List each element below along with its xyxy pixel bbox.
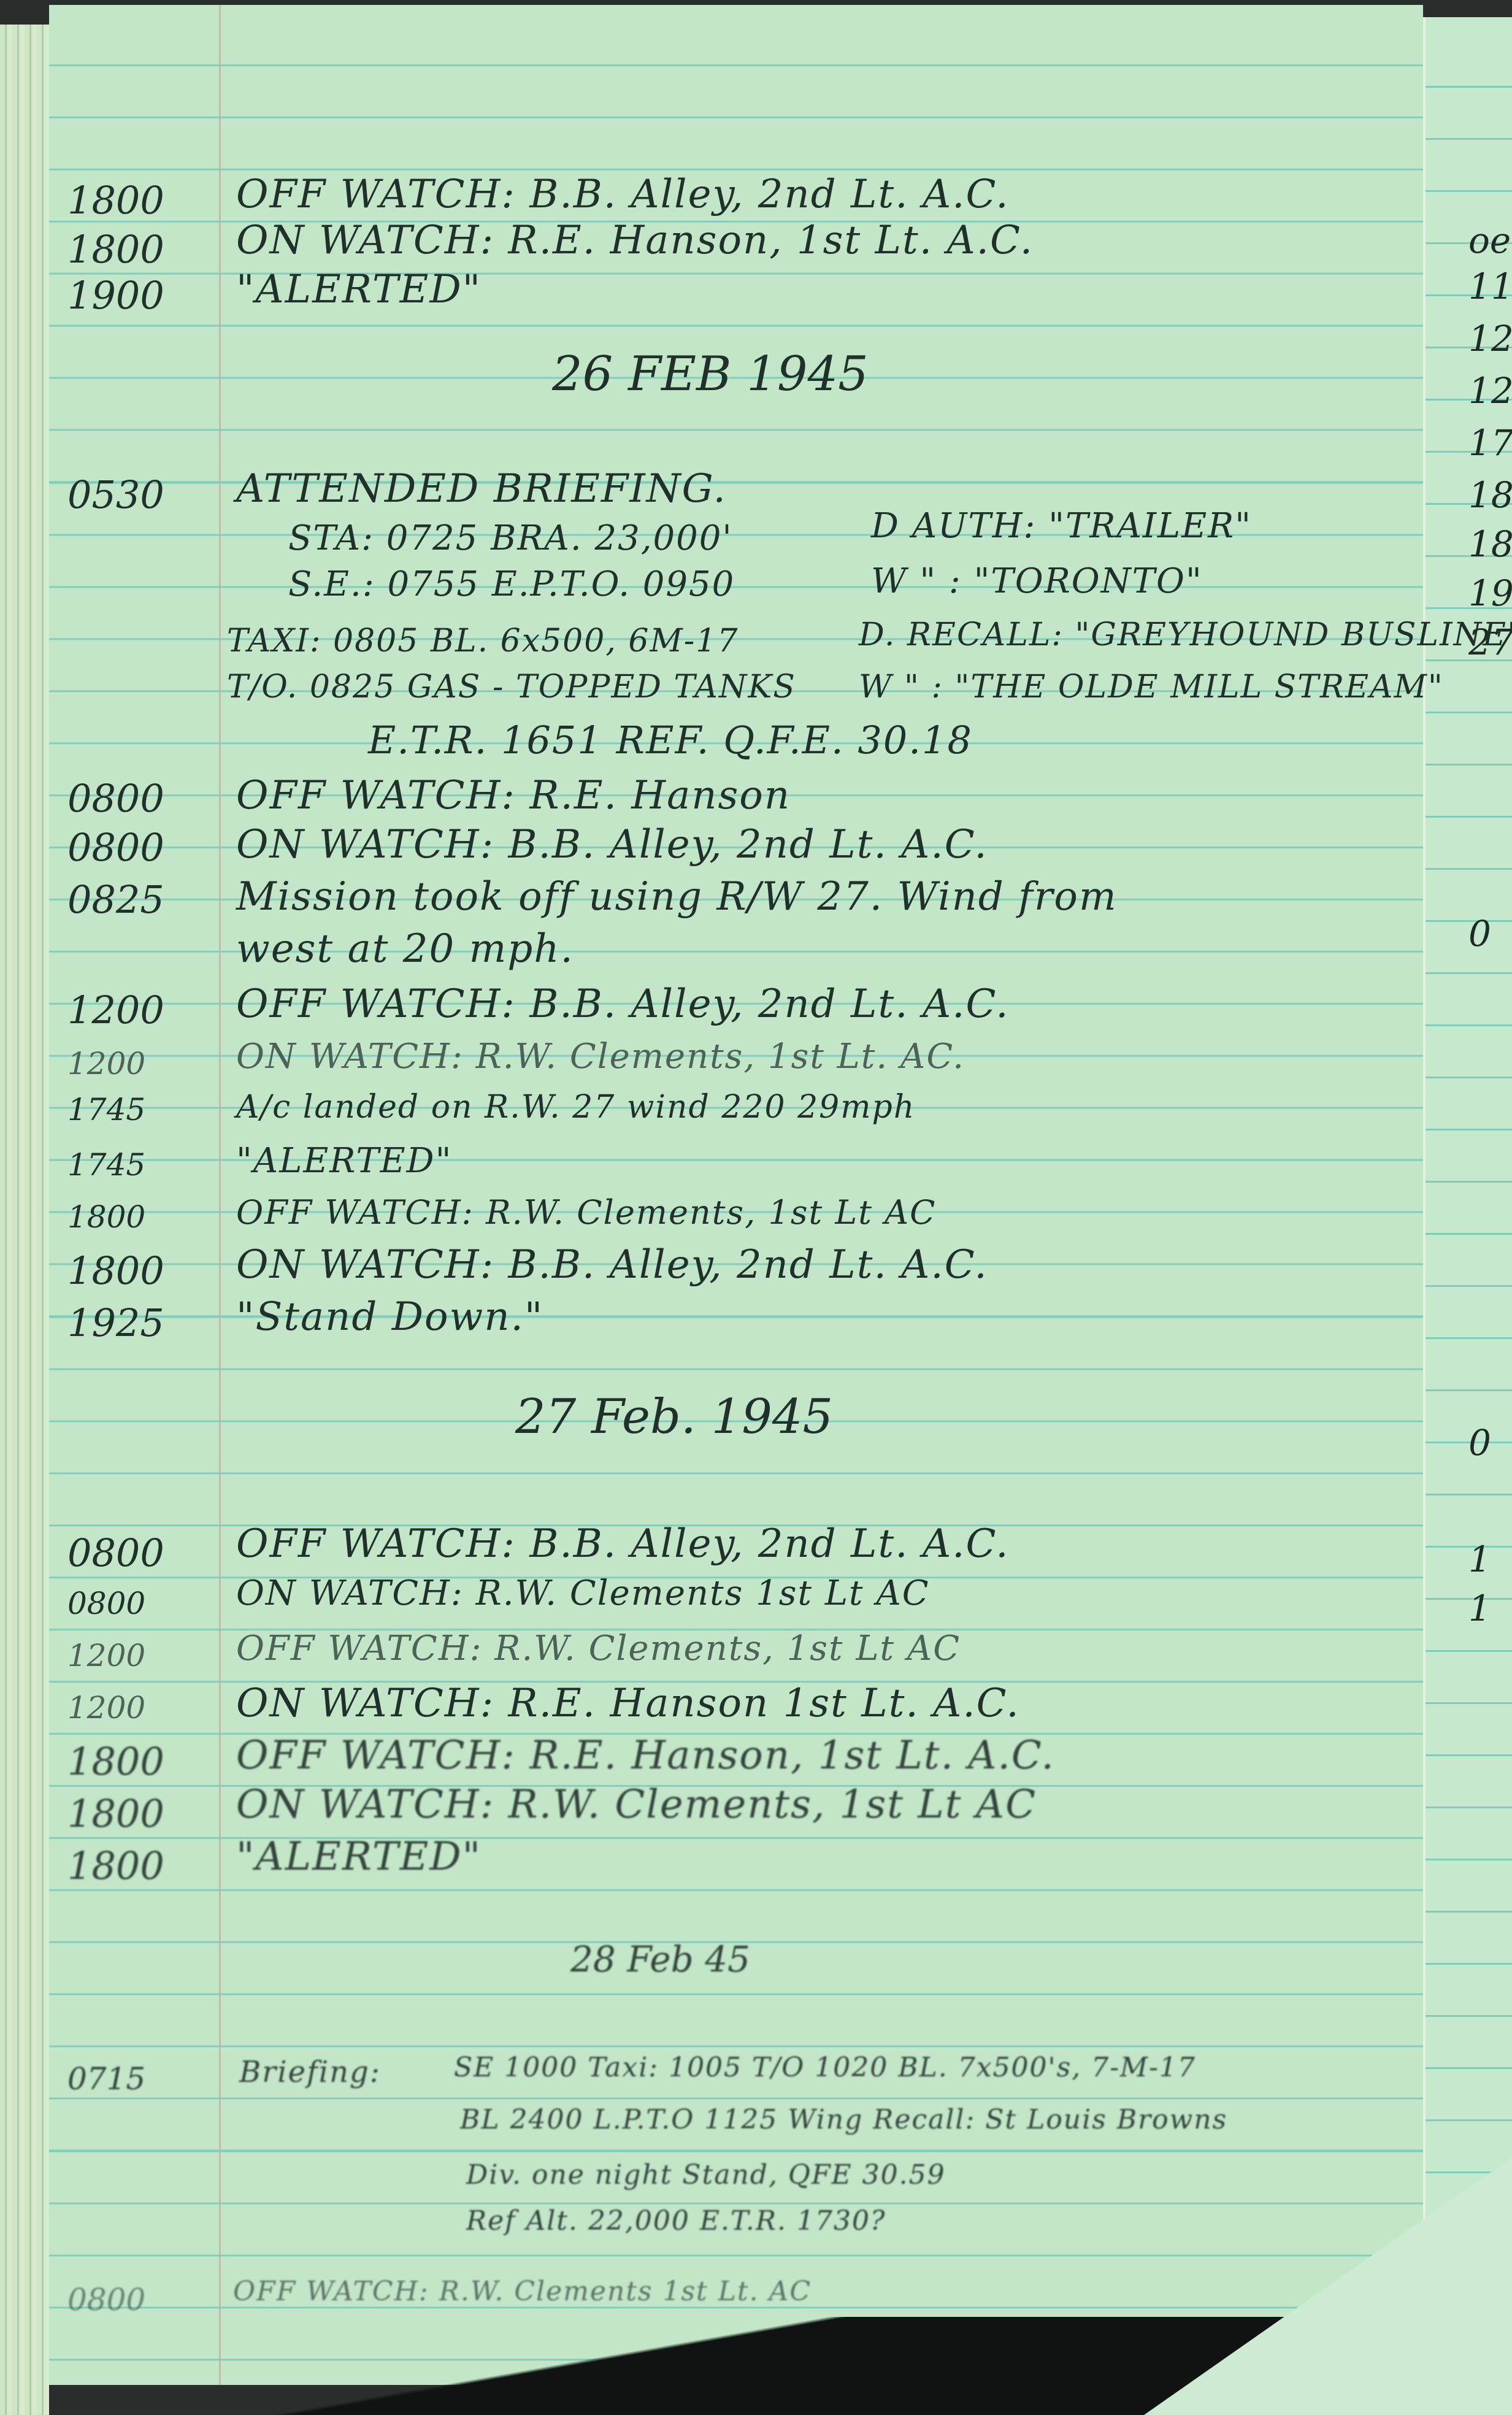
margin-note: 1 xyxy=(1468,1538,1491,1580)
briefing-line: S.E.: 0755 E.P.T.O. 0950 xyxy=(288,564,735,604)
entry-time: 1800 xyxy=(67,178,164,223)
entry-time: 1200 xyxy=(67,1046,145,1081)
briefing-line: T/O. 0825 GAS - TOPPED TANKS xyxy=(227,669,796,705)
margin-note: 0 xyxy=(1468,913,1491,954)
entry-time: 1745 xyxy=(67,1147,145,1183)
briefing-line: BL 2400 L.P.T.O 1125 Wing Recall: St Lou… xyxy=(460,2104,1227,2135)
entry-time: 1800 xyxy=(67,1199,145,1235)
briefing-title: Briefing: xyxy=(239,2055,381,2089)
entry-time: 0825 xyxy=(67,877,164,922)
entry-text: OFF WATCH: B.B. Alley, 2nd Lt. A.C. xyxy=(236,1521,1010,1567)
margin-note: 17 xyxy=(1468,422,1512,464)
margin-note: 19 xyxy=(1468,572,1512,614)
entry-text: OFF WATCH: R.W. Clements, 1st Lt AC xyxy=(236,1629,961,1668)
briefing-time: 0530 xyxy=(67,472,164,517)
facing-page-edge: oe 11 12 12 17 18 18 19 27 0 0 1 1 xyxy=(1423,17,1512,2397)
entry-text: Mission took off using R/W 27. Wind from xyxy=(236,874,1118,920)
briefing-line: W " : "THE OLDE MILL STREAM" xyxy=(859,669,1444,705)
briefing-line: STA: 0725 BRA. 23,000' xyxy=(288,518,733,558)
entry-continuation: west at 20 mph. xyxy=(236,926,574,972)
entry-time: 0800 xyxy=(67,1530,164,1575)
entry-time: 1200 xyxy=(67,1638,145,1673)
margin-note: 1 xyxy=(1468,1588,1491,1629)
date-heading: 26 FEB 1945 xyxy=(552,347,869,402)
margin-note: 18 xyxy=(1468,474,1512,516)
briefing-time: 0715 xyxy=(67,2061,145,2097)
entry-text: "Stand Down." xyxy=(236,1294,543,1340)
entry-text: ON WATCH: B.B. Alley, 2nd Lt. A.C. xyxy=(236,1242,988,1288)
entry-text: "ALERTED" xyxy=(236,1141,452,1181)
entry-time: 1900 xyxy=(67,273,164,318)
briefing-line: Ref Alt. 22,000 E.T.R. 1730? xyxy=(466,2205,886,2236)
entry-text: ON WATCH: R.W. Clements, 1st Lt. AC. xyxy=(236,1037,965,1077)
entry-time: 1800 xyxy=(67,1248,164,1293)
date-heading: 27 Feb. 1945 xyxy=(515,1389,833,1445)
entry-text: ON WATCH: R.E. Hanson, 1st Lt. A.C. xyxy=(236,218,1034,263)
entry-text: ON WATCH: R.W. Clements 1st Lt AC xyxy=(236,1573,930,1613)
entry-text: ON WATCH: B.B. Alley, 2nd Lt. A.C. xyxy=(236,822,988,867)
briefing-line: D AUTH: "TRAILER" xyxy=(871,506,1252,546)
briefing-line: D. RECALL: "GREYHOUND BUSLINE" xyxy=(859,616,1512,653)
entry-text: "ALERTED" xyxy=(236,1834,482,1879)
entry-time: 0800 xyxy=(67,2282,145,2317)
margin-note: 11 xyxy=(1468,266,1512,307)
entry-time: 1200 xyxy=(67,988,164,1032)
entry-text: OFF WATCH: R.E. Hanson, 1st Lt. A.C. xyxy=(236,1733,1055,1778)
entry-time: 1800 xyxy=(67,1843,164,1888)
entry-time: 1800 xyxy=(67,227,164,272)
entry-text: OFF WATCH: B.B. Alley, 2nd Lt. A.C. xyxy=(236,981,1010,1027)
entry-time: 0800 xyxy=(67,825,164,870)
margin-note: 0 xyxy=(1468,1422,1491,1464)
entry-text: ON WATCH: R.E. Hanson 1st Lt. A.C. xyxy=(236,1681,1020,1726)
entry-text: OFF WATCH: R.W. Clements, 1st Lt AC xyxy=(236,1193,936,1232)
entry-time: 1200 xyxy=(67,1690,145,1726)
margin-note: oe xyxy=(1468,220,1511,261)
margin-note: 18 xyxy=(1468,523,1512,565)
entry-time: 1800 xyxy=(67,1739,164,1784)
page-edges-stack xyxy=(0,25,49,2415)
briefing-title: ATTENDED BRIEFING. xyxy=(236,466,727,512)
entry-time: 0800 xyxy=(67,776,164,821)
briefing-line: W " : "TORONTO" xyxy=(871,561,1203,601)
entry-text: A/c landed on R.W. 27 wind 220 29mph xyxy=(236,1089,915,1126)
entry-text: OFF WATCH: B.B. Alley, 2nd Lt. A.C. xyxy=(236,172,1010,217)
entry-text: "ALERTED" xyxy=(236,267,482,312)
entry-text: OFF WATCH: R.E. Hanson xyxy=(236,773,791,818)
entry-time: 1800 xyxy=(67,1791,164,1836)
entry-time: 1745 xyxy=(67,1092,145,1127)
briefing-footer: E.T.R. 1651 REF. Q.F.E. 30.18 xyxy=(368,718,973,762)
entry-text: ON WATCH: R.W. Clements, 1st Lt AC xyxy=(236,1782,1037,1827)
date-heading: 28 Feb 45 xyxy=(570,1938,750,1980)
entry-text: OFF WATCH: R.W. Clements 1st Lt. AC xyxy=(233,2276,812,2307)
briefing-line: Div. one night Stand, QFE 30.59 xyxy=(466,2159,946,2190)
entry-time: 1925 xyxy=(67,1300,164,1345)
margin-note: 12 xyxy=(1468,370,1512,412)
briefing-line: TAXI: 0805 BL. 6x500, 6M-17 xyxy=(227,623,739,659)
margin-note: 12 xyxy=(1468,318,1512,359)
entry-time: 0800 xyxy=(67,1586,145,1621)
briefing-line: SE 1000 Taxi: 1005 T/O 1020 BL. 7x500's,… xyxy=(454,2052,1196,2083)
margin-rule xyxy=(219,5,221,2385)
